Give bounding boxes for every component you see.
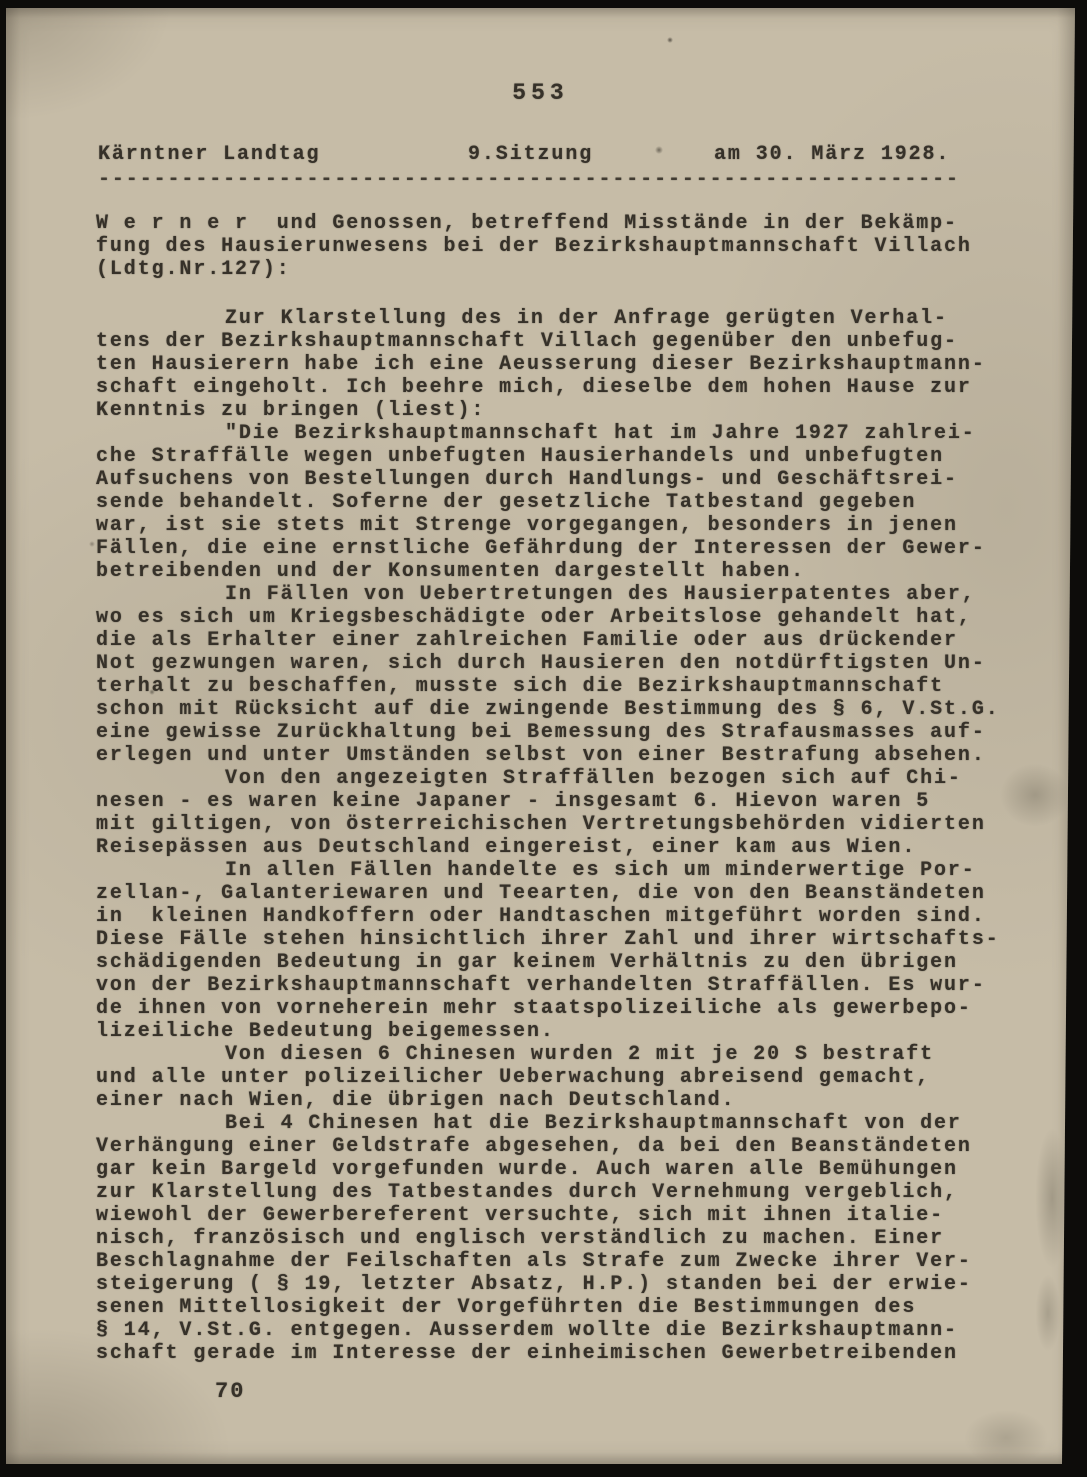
paragraph: W e r n e r und Genossen, betreffend Mis… bbox=[96, 212, 1016, 281]
session-date: am 30. März 1928. bbox=[714, 143, 950, 166]
text-line: zellan-, Galanteriewaren und Teearten, d… bbox=[96, 882, 1016, 905]
text-line: "Die Bezirkshauptmannschaft hat im Jahre… bbox=[96, 422, 1016, 445]
paragraph: Bei 4 Chinesen hat die Bezirkshauptmanns… bbox=[96, 1112, 1016, 1365]
text-line: terhalt zu beschaffen, musste sich die B… bbox=[96, 675, 1016, 698]
text-line: wo es sich um Kriegsbeschädigte oder Arb… bbox=[96, 606, 1016, 629]
scanned-page: 553 Kärntner Landtag 9.Sitzung am 30. Mä… bbox=[0, 0, 1087, 1477]
text-line: lizeiliche Bedeutung beigemessen. bbox=[96, 1020, 1016, 1043]
text-line: schaft gerade im Interesse der einheimis… bbox=[96, 1342, 1016, 1365]
text-line: W e r n e r und Genossen, betreffend Mis… bbox=[96, 212, 1016, 235]
text-line: einer nach Wien, die übrigen nach Deutsc… bbox=[96, 1089, 1016, 1112]
paragraph: In Fällen von Uebertretungen des Hausier… bbox=[96, 583, 1016, 767]
text-line: gar kein Bargeld vorgefunden wurde. Auch… bbox=[96, 1158, 1016, 1181]
text-line: In Fällen von Uebertretungen des Hausier… bbox=[96, 583, 1016, 606]
text-line: steigerung ( § 19, letzter Absatz, H.P.)… bbox=[96, 1273, 1016, 1296]
text-line: Von den angezeigten Straffällen bezogen … bbox=[96, 767, 1016, 790]
text-line: erlegen und unter Umständen selbst von e… bbox=[96, 744, 1016, 767]
text-line: Diese Fälle stehen hinsichtlich ihrer Za… bbox=[96, 928, 1016, 951]
text-line: Bei 4 Chinesen hat die Bezirkshauptmanns… bbox=[96, 1112, 1016, 1135]
text-line: schon mit Rücksicht auf die zwingende Be… bbox=[96, 698, 1016, 721]
paragraph: Zur Klarstellung des in der Anfrage gerü… bbox=[96, 307, 1016, 422]
text-line: sende behandelt. Soferne der gesetzliche… bbox=[96, 491, 1016, 514]
text-line: Beschlagnahme der Feilschaften als Straf… bbox=[96, 1250, 1016, 1273]
document-body: W e r n e r und Genossen, betreffend Mis… bbox=[96, 212, 1016, 1365]
text-line: de ihnen von vorneherein mehr staatspoli… bbox=[96, 997, 1016, 1020]
text-line: senen Mittellosigkeit der Vorgeführten d… bbox=[96, 1296, 1016, 1319]
session-number: 9.Sitzung bbox=[468, 143, 593, 166]
page-number: 553 bbox=[6, 80, 1075, 106]
dashed-divider: ----------------------------------------… bbox=[98, 168, 998, 191]
text-line: Reisepässen aus Deutschland eingereist, … bbox=[96, 836, 1016, 859]
sheet-number: 70 bbox=[215, 1379, 245, 1404]
text-line: In allen Fällen handelte es sich um mind… bbox=[96, 859, 1016, 882]
text-line: Not gezwungen waren, sich durch Hausiere… bbox=[96, 652, 1016, 675]
text-line: Von diesen 6 Chinesen wurden 2 mit je 20… bbox=[96, 1043, 1016, 1066]
text-line: che Straffälle wegen unbefugten Hausierh… bbox=[96, 445, 1016, 468]
text-line: tens der Bezirkshauptmannschaft Villach … bbox=[96, 330, 1016, 353]
text-line: wiewohl der Gewerbereferent versuchte, s… bbox=[96, 1204, 1016, 1227]
text-line: betreibenden und der Konsumenten dargest… bbox=[96, 560, 1016, 583]
text-line: ten Hausierern habe ich eine Aeusserung … bbox=[96, 353, 1016, 376]
text-line: eine gewisse Zurückhaltung bei Bemessung… bbox=[96, 721, 1016, 744]
text-line: Kenntnis zu bringen (liest): bbox=[96, 399, 1016, 422]
text-line: mit giltigen, von österreichischen Vertr… bbox=[96, 813, 1016, 836]
text-line: die als Erhalter einer zahlreichen Famil… bbox=[96, 629, 1016, 652]
text-line: war, ist sie stets mit Strenge vorgegang… bbox=[96, 514, 1016, 537]
text-line: (Ldtg.Nr.127): bbox=[96, 258, 1016, 281]
text-line: Verhängung einer Geldstrafe abgesehen, d… bbox=[96, 1135, 1016, 1158]
text-line: in kleinen Handkoffern oder Handtaschen … bbox=[96, 905, 1016, 928]
text-line: fung des Hausierunwesens bei der Bezirks… bbox=[96, 235, 1016, 258]
text-line: Fällen, die eine ernstliche Gefährdung d… bbox=[96, 537, 1016, 560]
text-line: Aufsuchens von Bestellungen durch Handlu… bbox=[96, 468, 1016, 491]
paragraph: Von den angezeigten Straffällen bezogen … bbox=[96, 767, 1016, 859]
text-line: nesen - es waren keine Japaner - insgesa… bbox=[96, 790, 1016, 813]
paragraph: In allen Fällen handelte es sich um mind… bbox=[96, 859, 1016, 1043]
text-line: schädigenden Bedeutung in gar keinem Ver… bbox=[96, 951, 1016, 974]
text-line: nisch, französisch und englisch verständ… bbox=[96, 1227, 1016, 1250]
text-line: und alle unter polizeilicher Ueberwachun… bbox=[96, 1066, 1016, 1089]
text-line: schaft eingeholt. Ich beehre mich, diese… bbox=[96, 376, 1016, 399]
parliament-name: Kärntner Landtag bbox=[98, 143, 320, 166]
text-line: zur Klarstellung des Tatbestandes durch … bbox=[96, 1181, 1016, 1204]
text-line: von der Bezirkshauptmannschaft verhandel… bbox=[96, 974, 1016, 997]
paper: 553 Kärntner Landtag 9.Sitzung am 30. Mä… bbox=[6, 8, 1075, 1464]
paragraph: "Die Bezirkshauptmannschaft hat im Jahre… bbox=[96, 422, 1016, 583]
paragraph: Von diesen 6 Chinesen wurden 2 mit je 20… bbox=[96, 1043, 1016, 1112]
session-header: Kärntner Landtag 9.Sitzung am 30. März 1… bbox=[98, 143, 998, 169]
text-line: § 14, V.St.G. entgegen. Ausserdem wollte… bbox=[96, 1319, 1016, 1342]
text-line: Zur Klarstellung des in der Anfrage gerü… bbox=[96, 307, 1016, 330]
